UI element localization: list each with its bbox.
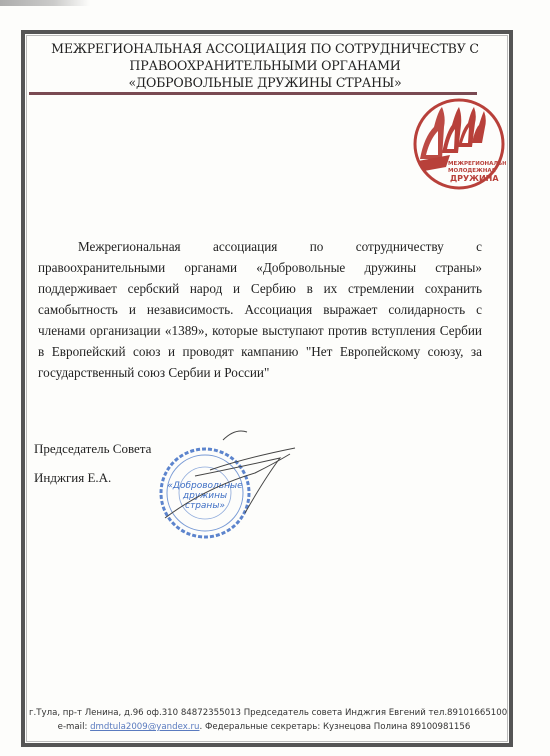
footer-address: г.Тула, пр-т Ленина, д.96 оф.310 8487235…: [29, 706, 499, 720]
signatory-title: Председатель Совета: [34, 441, 151, 457]
signatory-name: Инджгия Е.А.: [34, 470, 111, 486]
footer-secretary: . Федеральные секретарь: Кузнецова Полин…: [200, 722, 471, 732]
round-stamp-icon: «Добровольные дружины страны»: [155, 418, 315, 543]
letterhead-line-2: ПРАВООХРАНИТЕЛЬНЫМИ ОРГАНАМИ: [29, 57, 501, 74]
scan-edge-shadow: [0, 0, 90, 6]
letterhead-divider: [29, 92, 477, 95]
domes-logo-icon: МЕЖРЕГИОНАЛЬНАЯ МОЛОДЕЖНАЯ ДРУЖИНА: [412, 97, 506, 191]
signature-scribble-icon: [165, 431, 295, 518]
email-link[interactable]: dmdtula2009@yandex.ru: [90, 722, 199, 732]
letterhead-line-1: МЕЖРЕГИОНАЛЬНАЯ АССОЦИАЦИЯ ПО СОТРУДНИЧЕ…: [29, 40, 501, 57]
letter-paragraph: Межрегиональная ассоциация по сотрудниче…: [38, 236, 482, 383]
footer-contacts: e-mail: dmdtula2009@yandex.ru. Федеральн…: [29, 720, 499, 734]
logo-text-3: ДРУЖИНА: [450, 174, 499, 183]
stamp-text-1: «Добровольные: [167, 481, 243, 491]
stamp-text-2: дружины: [182, 491, 227, 501]
letter-body: Межрегиональная ассоциация по сотрудниче…: [38, 236, 482, 383]
letterhead-line-3: «ДОБРОВОЛЬНЫЕ ДРУЖИНЫ СТРАНЫ»: [29, 74, 501, 91]
letterhead: МЕЖРЕГИОНАЛЬНАЯ АССОЦИАЦИЯ ПО СОТРУДНИЧЕ…: [29, 40, 501, 91]
email-label: e-mail:: [58, 722, 90, 732]
stamp-text-3: страны»: [185, 501, 225, 511]
logo-text-1: МЕЖРЕГИОНАЛЬНАЯ: [448, 161, 506, 167]
letter-footer: г.Тула, пр-т Ленина, д.96 оф.310 8487235…: [29, 706, 499, 734]
